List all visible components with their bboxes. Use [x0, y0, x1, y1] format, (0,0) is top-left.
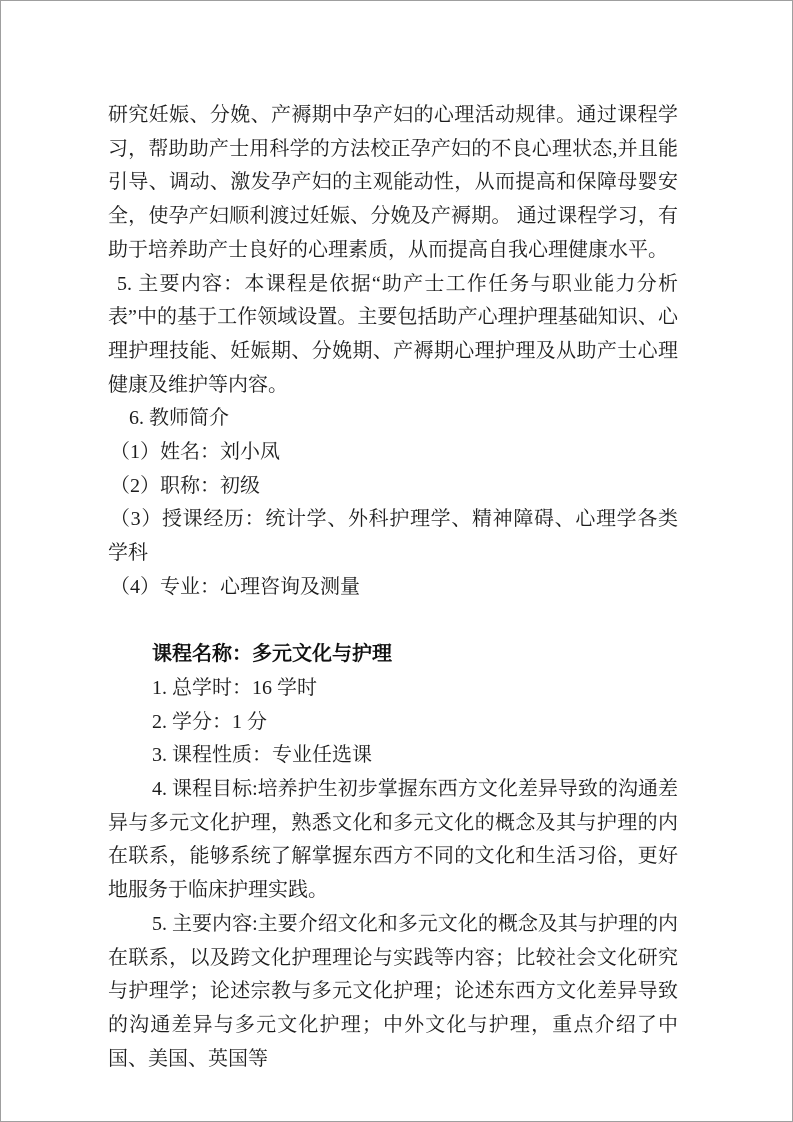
paragraph-course-goal: 4. 课程目标:培养护生初步掌握东西方文化差异导致的沟通差异与多元文化护理，熟悉… [108, 773, 678, 908]
paragraph-teacher-intro-heading: 6. 教师简介 [108, 402, 678, 436]
paragraph-teacher-major: （4）专业：心理咨询及测量 [108, 571, 678, 605]
document-page: 研究妊娠、分娩、产褥期中孕产妇的心理活动规律。通过课程学习，帮助助产士用科学的方… [0, 0, 793, 1122]
paragraph-course-type: 3. 课程性质：专业任选课 [108, 739, 678, 773]
paragraph-total-hours: 1. 总学时：16 学时 [108, 672, 678, 706]
paragraph-main-content-2: 5. 主要内容:主要介绍文化和多元文化的概念及其与护理的内在联系，以及跨文化护理… [108, 908, 678, 1077]
document-body: 研究妊娠、分娩、产褥期中孕产妇的心理活动规律。通过课程学习，帮助助产士用科学的方… [108, 99, 678, 1076]
paragraph-teacher-title: （2）职称：初级 [108, 470, 678, 504]
course-title-heading: 课程名称：多元文化与护理 [108, 638, 678, 672]
paragraph-teacher-experience: （3）授课经历：统计学、外科护理学、精神障碍、心理学各类学科 [108, 503, 678, 570]
paragraph-credits: 2. 学分：1 分 [108, 706, 678, 740]
paragraph-teacher-name: （1）姓名：刘小凤 [108, 436, 678, 470]
paragraph-main-content: 5. 主要内容：本课程是依据“助产士工作任务与职业能力分析表”中的基于工作领域设… [108, 268, 678, 403]
paragraph-course-goal-continuation: 研究妊娠、分娩、产褥期中孕产妇的心理活动规律。通过课程学习，帮助助产士用科学的方… [108, 99, 678, 268]
